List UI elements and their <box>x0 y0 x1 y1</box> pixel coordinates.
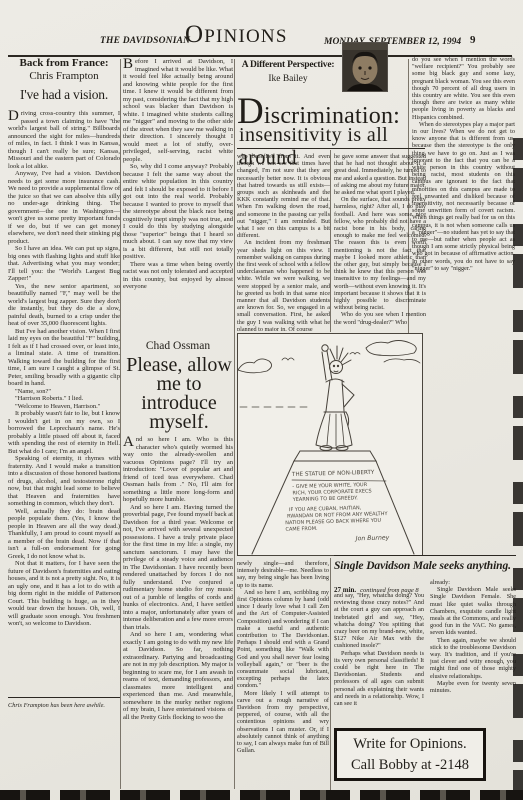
vision-kicker: Back from France: <box>8 57 120 69</box>
discrimination-kicker: A Different Perspective: <box>237 60 339 70</box>
promo-line-1: Write for Opinions. <box>337 734 483 755</box>
paragraph: Maybe even for twenty seven minutes. <box>430 680 516 694</box>
headline-rule <box>237 148 425 149</box>
newspaper-page: THE DAVIDSONIAN OPINIONS MONDAY, SEPTEMB… <box>0 0 523 800</box>
paragraph: So, why did I come anyway? Probably beca… <box>123 163 233 261</box>
column-rule <box>330 150 331 332</box>
masthead-paper-name: THE DAVIDSONIAN <box>100 36 190 46</box>
scan-artifact-bottom-edge <box>0 790 523 800</box>
tagline-rule <box>8 697 120 698</box>
paragraph: When do stereotypes play a major part in… <box>412 121 515 272</box>
discrimination-intro: Before I arrived at Davidson, I imagined… <box>123 58 233 336</box>
masthead-section-title: OPINIONS <box>185 21 288 49</box>
paragraph: "Harrison Roberts." I lied. <box>8 395 120 403</box>
paragraph: and say, "Hey, whatcha doing? You review… <box>334 592 424 650</box>
paragraph: An incident from my freshman year sheds … <box>237 239 330 331</box>
cartoon-line: CAME FROM. <box>285 526 318 533</box>
cartoon-line: NATION PLEASE GO BACK WHERE YOU <box>285 518 381 527</box>
statue-of-non-liberty-drawing: THE STATUE OF NON-LIBERTY - GIVE ME YOUR… <box>238 334 422 555</box>
headshot-illustration <box>343 43 387 91</box>
personals-col-b: already: Single Davidson Male seeks Sing… <box>430 579 516 727</box>
paragraph: Before I arrived at Davidson, I imagined… <box>123 58 233 163</box>
ossman-body: And so here I am. Who is this character … <box>123 436 233 796</box>
paragraph: Yes, the new senior apartment, so beauti… <box>8 283 120 328</box>
title-underline <box>292 480 386 481</box>
paragraph: So I have an idea. We can put up signs, … <box>8 245 120 283</box>
paragraph: newly single—and therefore, intensely de… <box>237 560 329 589</box>
discrimination-byline: Ike Bailey <box>237 74 339 84</box>
cloud-right <box>366 341 416 356</box>
section-rule <box>334 555 516 556</box>
discrimination-col-a: who benefited from it. And even though w… <box>237 153 330 331</box>
paragraph: Well, actually they do: brain dead peopl… <box>8 508 120 561</box>
paragraph: Speaking of eternity, it rhymes with fra… <box>8 455 120 508</box>
scan-artifact-right-edge <box>513 128 523 800</box>
column-rule <box>330 558 331 796</box>
cloud-left <box>238 359 272 373</box>
vision-byline: Chris Frampton <box>8 70 120 82</box>
cloud-right-2 <box>384 359 420 363</box>
paragraph: But I've had another vision. When I firs… <box>8 328 120 388</box>
column-rule <box>234 59 235 789</box>
paragraph: And so here I am, wondering what exactly… <box>123 631 233 721</box>
shoulders <box>326 379 344 382</box>
paragraph: Not that it matters, for I have seen the… <box>8 560 120 628</box>
cartoon-title: THE STATUE OF NON-LIBERTY <box>291 470 375 478</box>
paragraph: There was a time when being overtly raci… <box>123 261 233 291</box>
raised-fist <box>322 345 328 351</box>
paragraph: "Welcome to Heaven, Harrison." <box>8 403 120 411</box>
personals-headline: Single Davidson Male seeks anything. <box>334 560 518 572</box>
write-for-opinions-box: Write for Opinions. Call Bobby at -2148 <box>334 728 486 781</box>
personals-lead-in: already: <box>430 579 516 586</box>
paragraph: Driving cross-country this summer, I pas… <box>8 110 120 170</box>
paragraph: And so here I am. Who is this character … <box>123 436 233 504</box>
promo-line-2: Call Bobby at -2148 <box>337 755 483 776</box>
robe <box>316 411 352 448</box>
paragraph: who benefited from it. And even though w… <box>237 153 330 239</box>
robe-folds <box>327 414 344 446</box>
paragraph: And so here I am, scribbling my first Op… <box>237 589 329 690</box>
paragraph: And so here I am. Having turned the prov… <box>123 504 233 632</box>
paragraph: Anyway, I've had a vision. Davidson need… <box>8 170 120 245</box>
ike-bailey-photo <box>342 42 388 92</box>
classified-ad: Single Davidson Male seeks Single Davids… <box>430 586 516 636</box>
personals-col-a: and say, "Hey, whatcha doing? You review… <box>334 592 424 728</box>
bird <box>350 353 360 355</box>
column-rule <box>120 59 121 789</box>
paragraph: do you see when I mention the words "wel… <box>412 56 515 121</box>
editorial-cartoon: THE STATUE OF NON-LIBERTY - GIVE ME YOUR… <box>237 333 423 556</box>
paragraph: "Name, son?" <box>8 388 120 396</box>
bird <box>282 358 294 360</box>
paragraph: Then again, maybe we should stick to the… <box>430 637 516 680</box>
vision-tagline: Chris Frampton has been here awhile. <box>8 702 120 709</box>
torso <box>326 380 344 411</box>
paragraph: Perhaps what Davidson needs is its very … <box>334 650 424 708</box>
cartoon-line: YEARNING TO BE GREEDY. <box>292 495 359 503</box>
raised-arm <box>322 351 332 380</box>
paragraph: It probably wasn't fair to lie, but I kn… <box>8 410 120 455</box>
cartoon-signature: Jon Burney <box>354 534 390 542</box>
masthead-page-number: 9 <box>470 34 476 46</box>
pedestal-slab <box>294 451 376 461</box>
vision-headline: I've had a vision. <box>8 87 120 103</box>
ossman-byline: Chad Ossman <box>123 340 233 352</box>
vision-body: Driving cross-country this summer, I pas… <box>8 110 120 695</box>
paragraph: More likely I will attempt to carve out … <box>237 690 329 755</box>
discrimination-col-c: do you see when I mention the words "wel… <box>412 56 515 362</box>
ossman-continuation: newly single—and therefore, intensely de… <box>237 560 329 798</box>
ossman-headline: Please, allow me to introduce myself. <box>126 356 232 432</box>
